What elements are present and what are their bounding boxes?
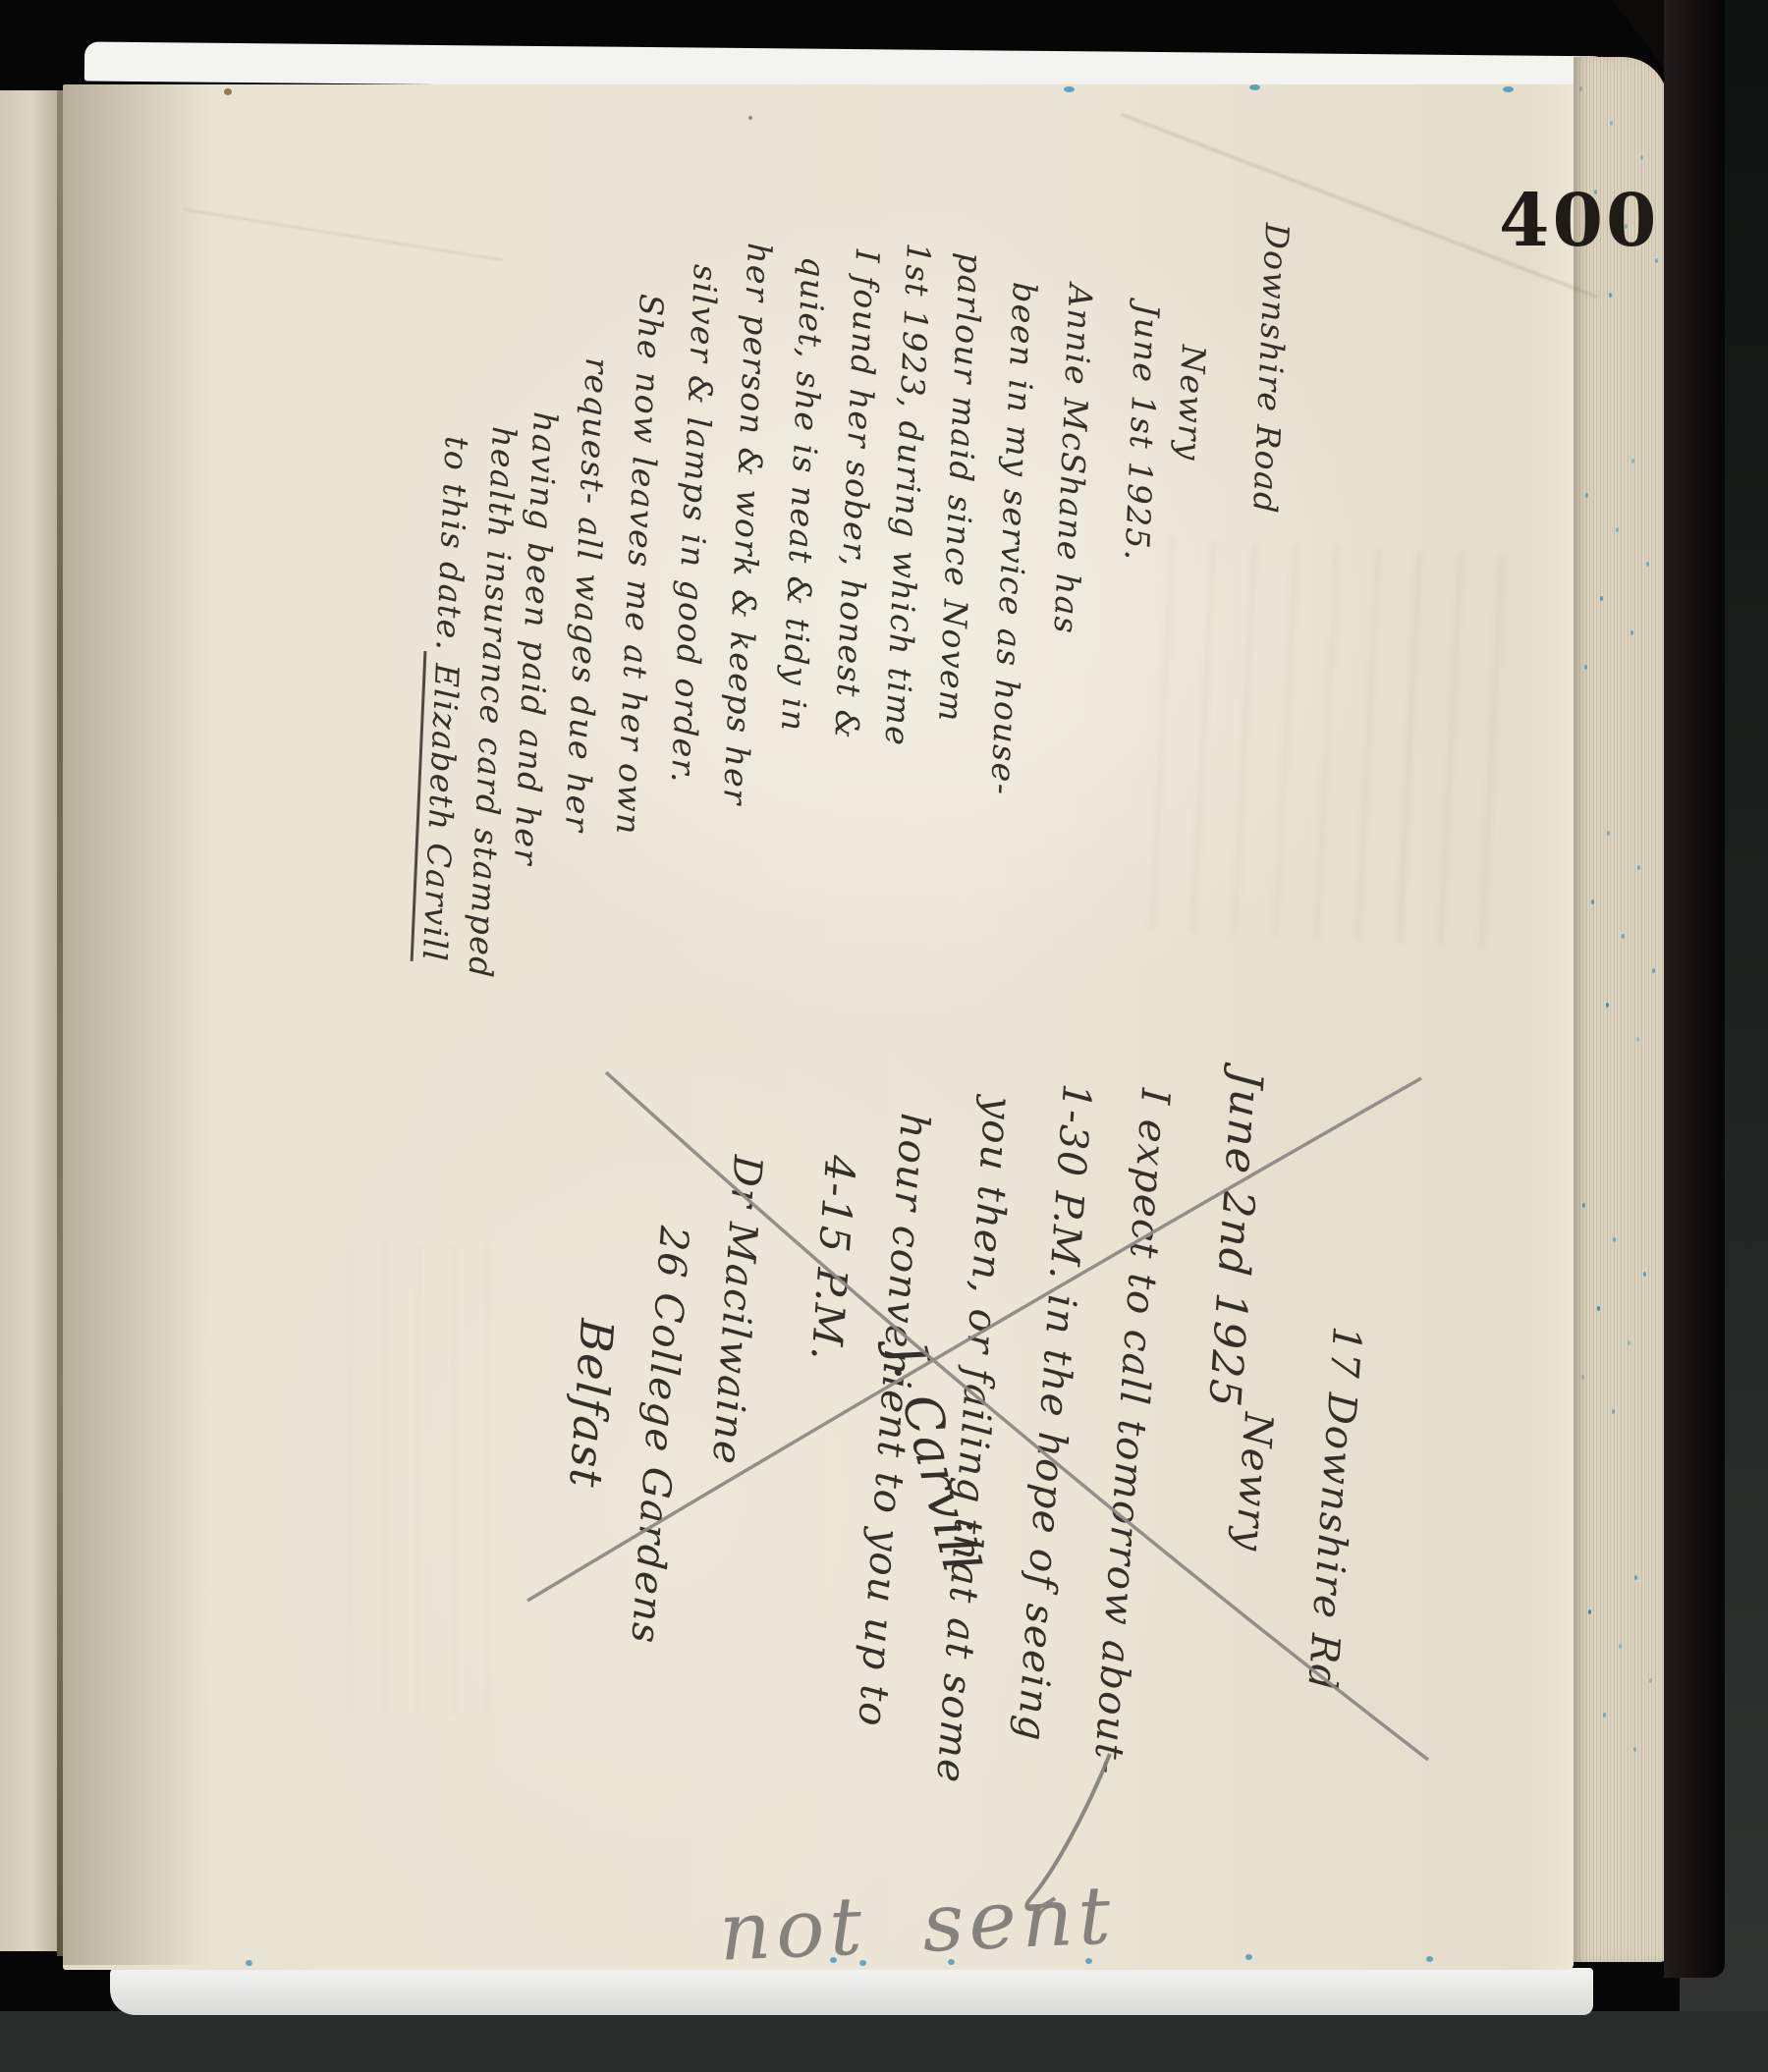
handwritten-line: 1st 1923, during which time [879, 242, 935, 747]
paper-speck [1585, 493, 1588, 498]
paper-speck [1085, 1958, 1092, 1964]
book-cover [1664, 0, 1725, 1978]
facing-page-sliver [0, 90, 59, 1951]
handwritten-line: quiet, she is neat & tidy in [775, 255, 830, 733]
page-stack-edges [1574, 57, 1668, 1962]
paper-speck [830, 1957, 837, 1963]
handwritten-line: Annie McShane has [1048, 283, 1097, 635]
paper-speck [1649, 1678, 1652, 1683]
paper-speck [1610, 121, 1613, 126]
handwritten-line: Newry [1171, 344, 1210, 462]
handwritten-line: 17 Downshire Rd [1300, 1325, 1367, 1693]
handwritten-line: 4-15 P.M. [803, 1154, 861, 1363]
handwritten-line: request- all wages due her [559, 356, 614, 833]
paper-speck [1607, 831, 1610, 836]
handwritten-line: June 1st 1925. [1119, 302, 1164, 562]
paper-speck [1597, 1306, 1600, 1311]
paper-speck [1581, 1375, 1584, 1380]
ledger-page: 400 Downshire RoadNewryJune 1st 1925.Ann… [63, 84, 1574, 1970]
paper-speck [1616, 527, 1619, 532]
paper-speck [1619, 1644, 1622, 1649]
handwritten-line: June 2nd 1925 [1200, 1069, 1269, 1410]
paper-speck [859, 1960, 866, 1966]
paper-speck [1636, 1037, 1639, 1042]
paper-speck [1612, 1409, 1615, 1414]
paper-speck [1426, 1956, 1433, 1962]
paper-speck [748, 116, 752, 120]
paper-speck [1628, 1340, 1630, 1345]
handwritten-line: Downshire Road [1246, 222, 1294, 515]
handwritten-line: I found her sober, honest & [829, 248, 884, 740]
paper-speck [1622, 934, 1625, 939]
paper-speck [1245, 1954, 1252, 1960]
paper-speck [1249, 84, 1260, 90]
ink-bleed-through [318, 1243, 505, 1715]
photographed-letter-book-page: 400 Downshire RoadNewryJune 1st 1925.Ann… [0, 0, 1768, 2072]
under-page-edge-bottom [110, 1968, 1593, 2015]
paper-speck [1652, 968, 1655, 973]
paper-speck [1579, 86, 1582, 91]
page-number: 400 [1499, 179, 1659, 263]
handwritten-line: I expect to call tomorrow about- [1086, 1087, 1176, 1776]
paper-speck [1591, 900, 1594, 904]
paper-speck [1643, 1272, 1646, 1277]
paper-speck [1503, 86, 1514, 92]
paper-speck [1582, 1203, 1585, 1208]
paper-speck [1613, 1237, 1616, 1242]
paper-speck [1646, 562, 1649, 567]
handwritten-line: her person & work & keeps her [717, 242, 776, 806]
paper-speck [1600, 596, 1603, 601]
paper-speck [246, 1960, 252, 1966]
paper-speck [1584, 665, 1587, 670]
paper-crease [183, 206, 504, 263]
paper-speck [1640, 155, 1643, 160]
handwritten-line: silver & lamps in good order. [665, 263, 722, 785]
handwritten-line: parlour maid since Novem [932, 251, 987, 723]
paper-speck [1588, 1609, 1591, 1614]
paper-speck [1064, 86, 1075, 92]
gutter-shadow [63, 84, 210, 1965]
paper-speck [1637, 865, 1640, 870]
paper-speck [1634, 1575, 1637, 1580]
paper-speck [1606, 1003, 1609, 1008]
paper-speck [1609, 293, 1612, 298]
paper-speck [1631, 459, 1634, 463]
paper-speck [1603, 1713, 1606, 1718]
paper-speck [224, 88, 232, 95]
underlined-signature: Elizabeth Carvill [411, 651, 468, 963]
handwritten-line: She now leaves me at her own [610, 293, 668, 836]
paper-speck [948, 1959, 955, 1965]
handwritten-line: Belfast [562, 1318, 621, 1491]
paper-speck [1630, 630, 1633, 635]
photo-background-bottom [0, 2011, 1768, 2072]
ink-bleed-through [1114, 536, 1526, 949]
handwritten-line: Newry [1228, 1411, 1279, 1554]
handwritten-line: Dr Macilwaine [705, 1154, 768, 1467]
paper-speck [1633, 1747, 1636, 1752]
handwritten-line: 1-30 P.M. in the hope of seeing [1010, 1082, 1097, 1743]
handwritten-line: been in my service as house- [985, 281, 1041, 796]
not-sent-annotation: not sent [717, 1869, 1117, 1980]
handwritten-line: 26 College Gardens [624, 1225, 694, 1646]
